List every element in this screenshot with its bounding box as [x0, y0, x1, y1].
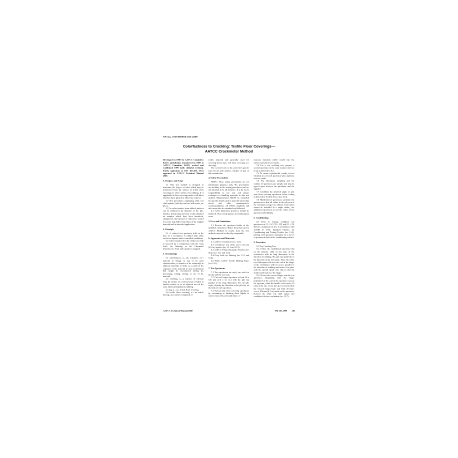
body-paragraph: 8.1 Prior to testing, condition test spe… — [254, 221, 295, 239]
section-heading: 3. Terminology — [163, 253, 204, 256]
page-footer: AATCC Technical Manual/2000 TM 165-1999 … — [163, 310, 295, 312]
section-heading: 1. Purpose and Scope — [163, 180, 204, 183]
document-page: AATCC Test Method 165-1999 Colorfastness… — [0, 0, 458, 458]
body-paragraph: 3.2 crocking, n.—a transfer of colorant … — [163, 278, 204, 289]
body-paragraph: The second term is the preferred generic… — [208, 167, 249, 175]
body-paragraph: 1.3 As color transfer from rubbed surfac… — [163, 207, 204, 225]
column-middle: textile material and generally used for … — [208, 159, 249, 306]
body-paragraph: 7.7 Condition the attached staple or pil… — [254, 191, 295, 199]
body-paragraph: 7.5 To ensure reproducible results, test… — [254, 172, 295, 180]
body-paragraph: 7.6 The laboratory sampling and the numb… — [254, 180, 295, 191]
body-paragraph: 2.2 Color transferred to the white test … — [163, 240, 204, 251]
body-paragraph: 3.4 textile floor covering, n.—an articl… — [163, 291, 204, 296]
section-heading: 4. Safety Precautions — [208, 177, 249, 180]
section-heading: 2. Principle — [163, 228, 204, 231]
body-paragraph: 1.2 Test procedures employing white test… — [163, 200, 204, 208]
body-columns: Developed in 1998 by AATCC Committee RA5… — [163, 159, 295, 306]
footer-right-group: TM 165-1999 283 — [275, 310, 295, 312]
method-number-header: AATCC Test Method 165-1999 — [163, 136, 295, 138]
page-content: AATCC Test Method 165-1999 Colorfastness… — [163, 136, 295, 312]
section-heading: 9. Procedure — [254, 241, 295, 244]
body-paragraph: textile material and generally used for … — [208, 159, 249, 167]
body-paragraph: 7.4 For a wet crocking test, prepare a s… — [254, 164, 295, 172]
footer-page-number: 283 — [292, 310, 295, 312]
section-heading: 6. Apparatus and Materials — [208, 237, 249, 240]
page-title: Colorfastness to Crocking: Textile Floor… — [163, 144, 295, 155]
body-paragraph: 3.1 colorfastness, n.—the resistance of … — [163, 257, 204, 278]
body-paragraph: 7.8 Multicolored specimens: position the… — [254, 199, 295, 215]
column-left: Developed in 1998 by AATCC Committee RA5… — [163, 159, 204, 306]
section-heading: 8. Conditioning — [254, 217, 295, 220]
body-paragraph: 9.1.1 Place the conditioned specimen fla… — [254, 248, 295, 274]
section-heading: 7. Test Specimens — [208, 267, 249, 270]
footer-manual-label: AATCC Technical Manual/2000 — [163, 310, 193, 312]
body-paragraph: 4.1 Good laboratory practices should be … — [208, 210, 249, 218]
body-paragraph: 7.3 Pretreat pile floor covering specime… — [208, 290, 249, 298]
body-paragraph: Developed in 1998 by AATCC Committee RA5… — [163, 159, 204, 177]
body-paragraph: 5.1 Because the specimen holder of the m… — [208, 224, 249, 235]
body-paragraph: 7.2 Cut each carpet specimen at least 50… — [208, 276, 249, 289]
body-paragraph: 6.5 White AATCC Textile Blotting Paper (… — [208, 260, 249, 265]
footer-method-label: TM 165-1999 — [275, 310, 287, 312]
title-line-2: AATCC Crockmeter Method — [163, 149, 295, 154]
column-right: traneous materials which would mar the s… — [254, 159, 295, 306]
body-paragraph: 1.1 This test method is designed to dete… — [163, 184, 204, 200]
body-paragraph: 2.1 A colored test specimen held on the … — [163, 232, 204, 240]
body-paragraph: 9.1.2 Lower the covered finger onto the … — [254, 274, 295, 298]
body-paragraph: NOTE: These safety precautions are for i… — [208, 181, 249, 210]
section-heading: 5. Uses and Limitations — [208, 220, 249, 223]
